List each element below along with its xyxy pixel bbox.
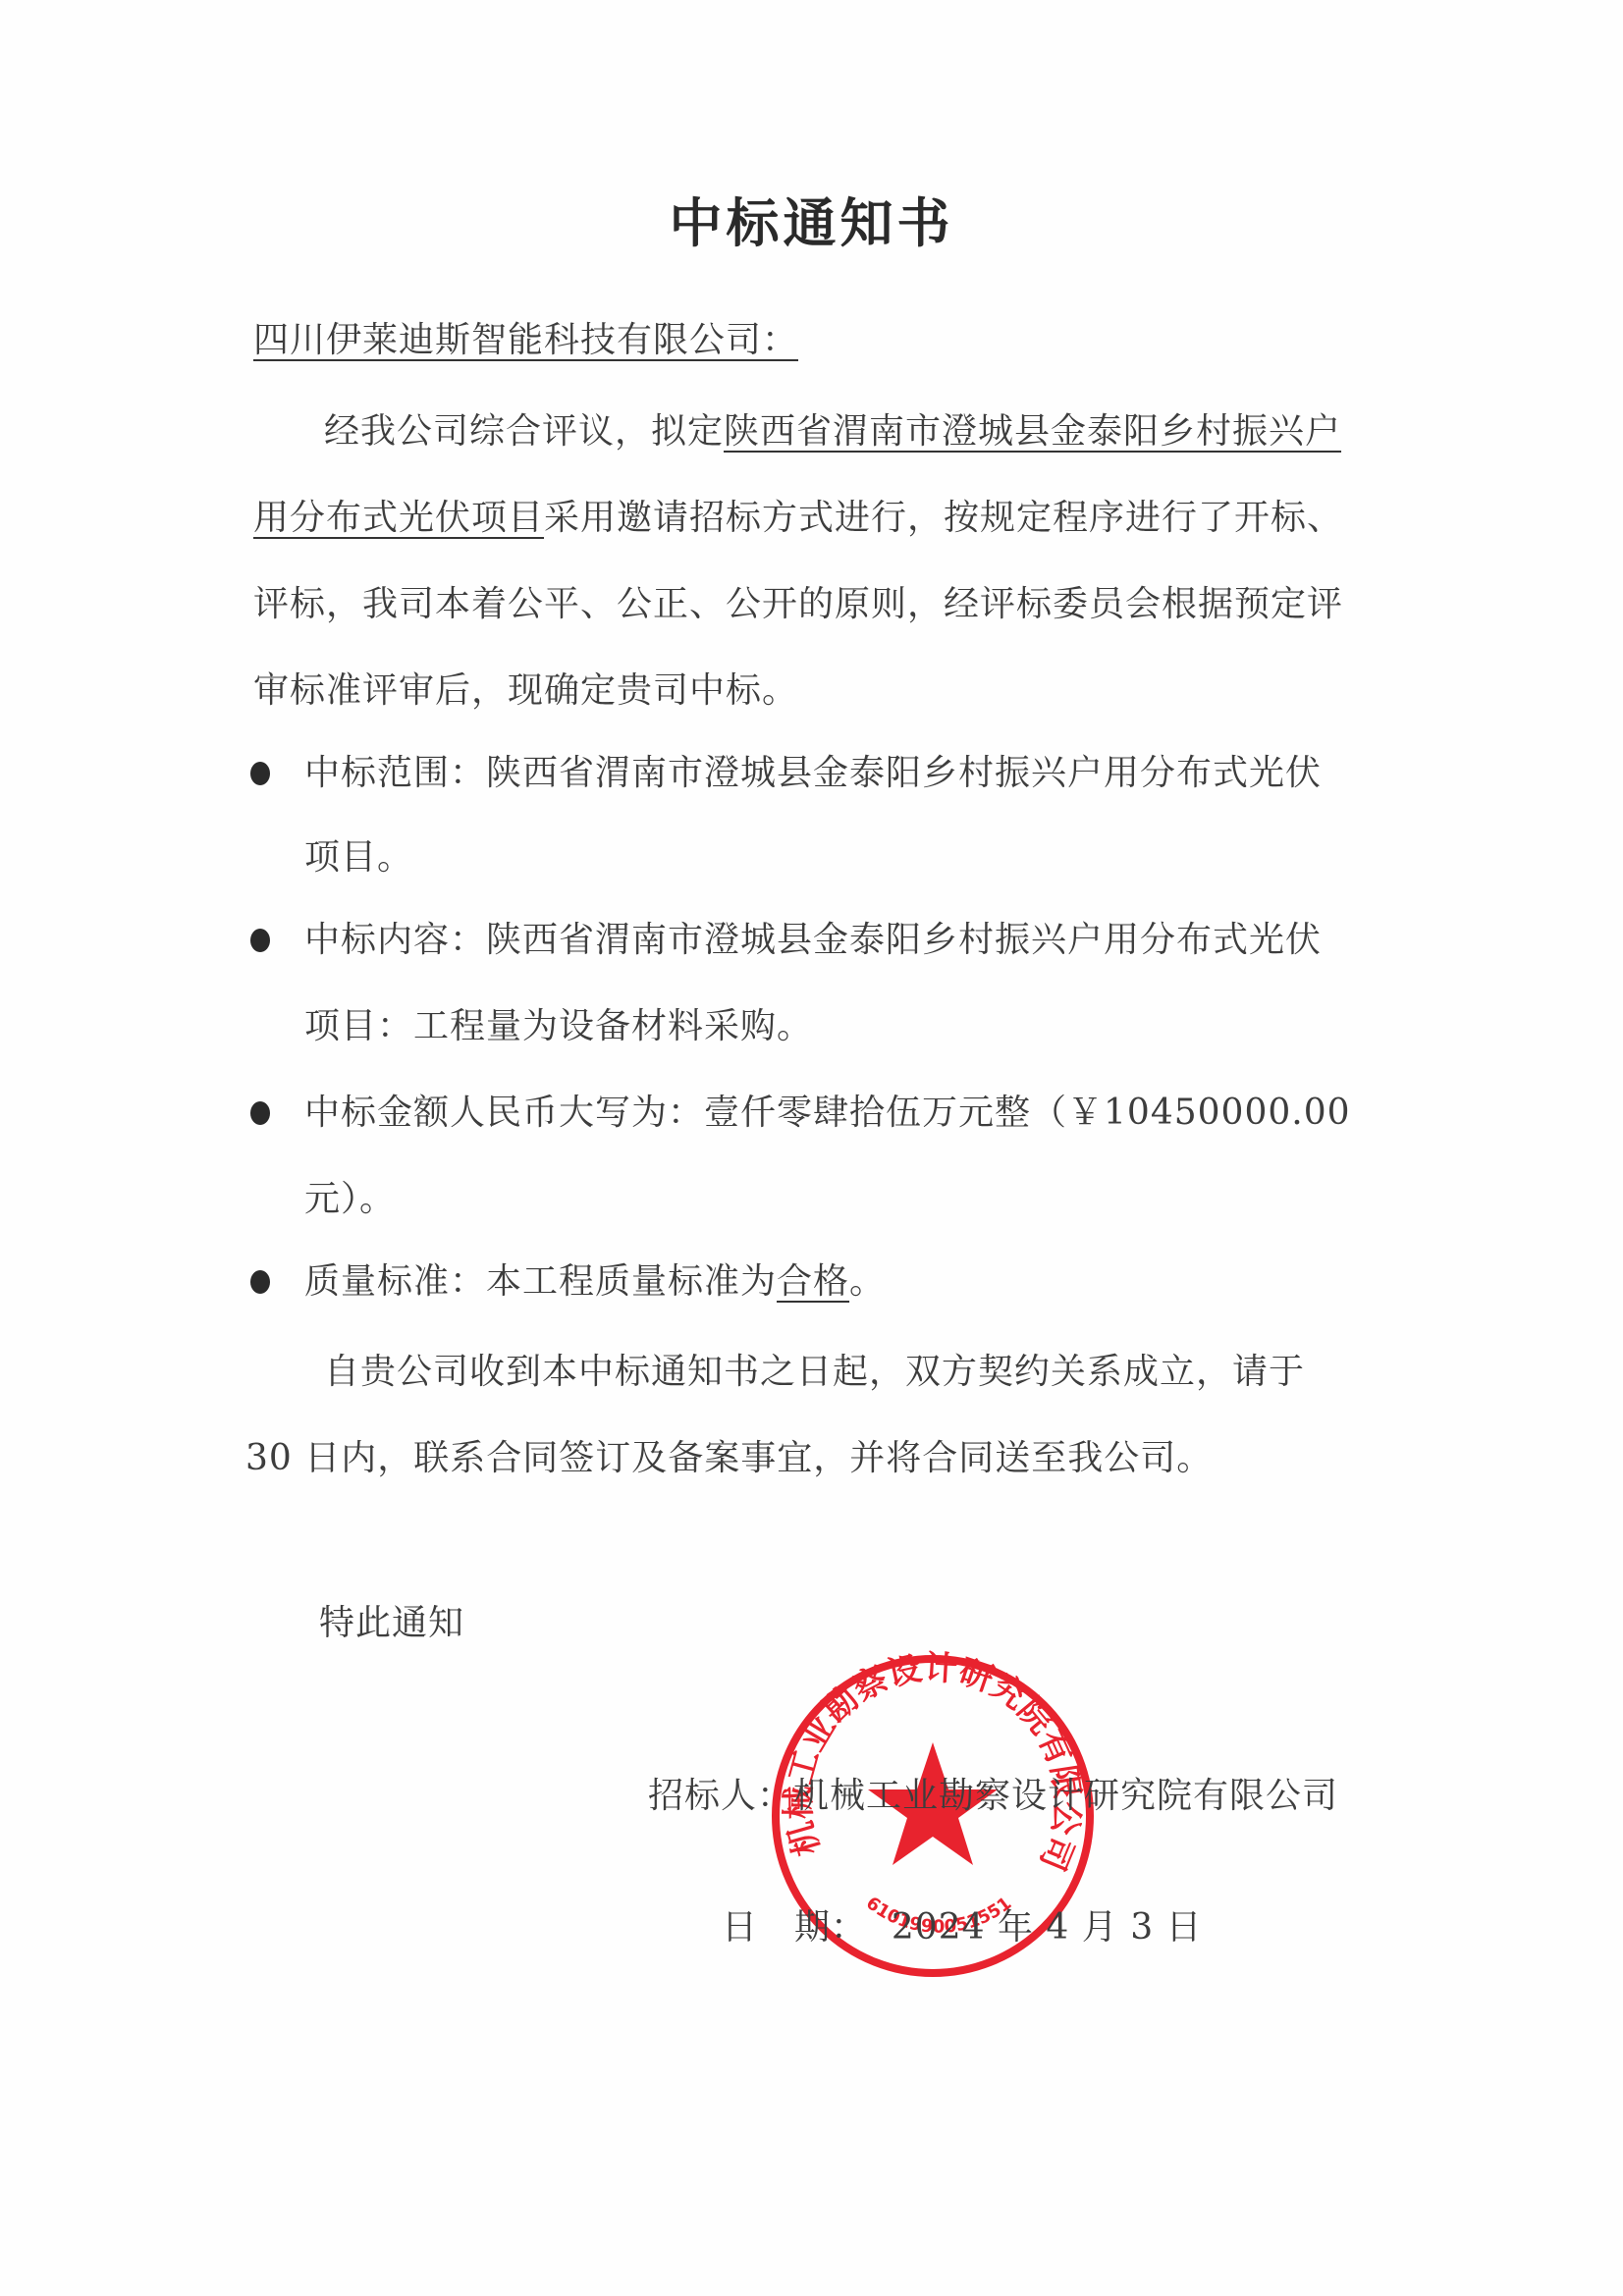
quality-label: 质量标准： [304, 1261, 486, 1302]
recipient: 四川伊莱迪斯智能科技有限公司： [253, 319, 798, 362]
document-title: 中标通知书 [0, 182, 1623, 257]
amount-line-2: 元）。 [304, 1178, 396, 1221]
date-value: 2024 年 4 月 3 日 [892, 1907, 1203, 1948]
bullet-icon [250, 1270, 270, 1294]
scope-line-1: 中标范围：陕西省渭南市澄城县金泰阳乡村振兴户用分布式光伏 [304, 752, 1322, 795]
bullet-icon [250, 1101, 270, 1125]
issuer-name: 机械工业勘察设计研究院有限公司 [793, 1776, 1338, 1816]
amount-line-1: 中标金额人民币大写为：壹仟零肆拾伍万元整（￥10450000.00 [304, 1092, 1351, 1135]
amount-value: 壹仟零肆拾伍万元整（￥10450000.00 [704, 1093, 1351, 1133]
intro-line-2: 用分布式光伏项目采用邀请招标方式进行，按规定程序进行了开标、 [253, 497, 1343, 540]
intro-suffix: 采用邀请招标方式进行，按规定程序进行了开标、 [544, 498, 1343, 538]
document-page: 中标通知书 四川伊莱迪斯智能科技有限公司： 经我公司综合评议，拟定陕西省渭南市澄… [0, 0, 1623, 2296]
bullet-icon [250, 762, 270, 785]
issuer-line: 招标人：机械工业勘察设计研究院有限公司 [648, 1775, 1623, 1818]
notice-text: 特此通知 [319, 1602, 464, 1645]
date-line: 日 期： 2024 年 4 月 3 日 [722, 1906, 1623, 1949]
closing-line-1: 自贵公司收到本中标通知书之日起，双方契约关系成立，请于 [324, 1351, 1305, 1394]
quality-line: 质量标准：本工程质量标准为合格。 [304, 1260, 886, 1304]
quality-prefix: 本工程质量标准为 [486, 1261, 777, 1302]
content-label: 中标内容： [304, 920, 486, 960]
intro-line-4: 审标准评审后，现确定贵司中标。 [253, 669, 798, 713]
bullet-icon [250, 929, 270, 952]
intro-line-3: 评标，我司本着公平、公正、公开的原则，经评标委员会根据预定评 [253, 583, 1343, 626]
project-name-part-1: 陕西省渭南市澄城县金泰阳乡村振兴户 [724, 411, 1341, 452]
intro-prefix: 经我公司综合评议，拟定 [324, 411, 724, 452]
date-label: 日 期： [722, 1907, 867, 1948]
amount-label: 中标金额人民币大写为： [304, 1093, 704, 1133]
project-name-part-2: 用分布式光伏项目 [253, 498, 544, 538]
issuer-label: 招标人： [648, 1776, 793, 1816]
scope-line-2: 项目。 [304, 836, 413, 880]
content-value: 陕西省渭南市澄城县金泰阳乡村振兴户用分布式光伏 [486, 920, 1322, 960]
content-line-2: 项目：工程量为设备材料采购。 [304, 1005, 813, 1048]
scope-label: 中标范围： [304, 753, 486, 793]
closing-line-2: 30 日内，联系合同签订及备案事宜，并将合同送至我公司。 [245, 1437, 1213, 1480]
intro-line-1: 经我公司综合评议，拟定陕西省渭南市澄城县金泰阳乡村振兴户 [324, 410, 1341, 454]
scope-value: 陕西省渭南市澄城县金泰阳乡村振兴户用分布式光伏 [486, 753, 1322, 793]
quality-standard: 合格 [777, 1261, 849, 1302]
content-line-1: 中标内容：陕西省渭南市澄城县金泰阳乡村振兴户用分布式光伏 [304, 919, 1322, 962]
quality-suffix: 。 [849, 1261, 886, 1302]
